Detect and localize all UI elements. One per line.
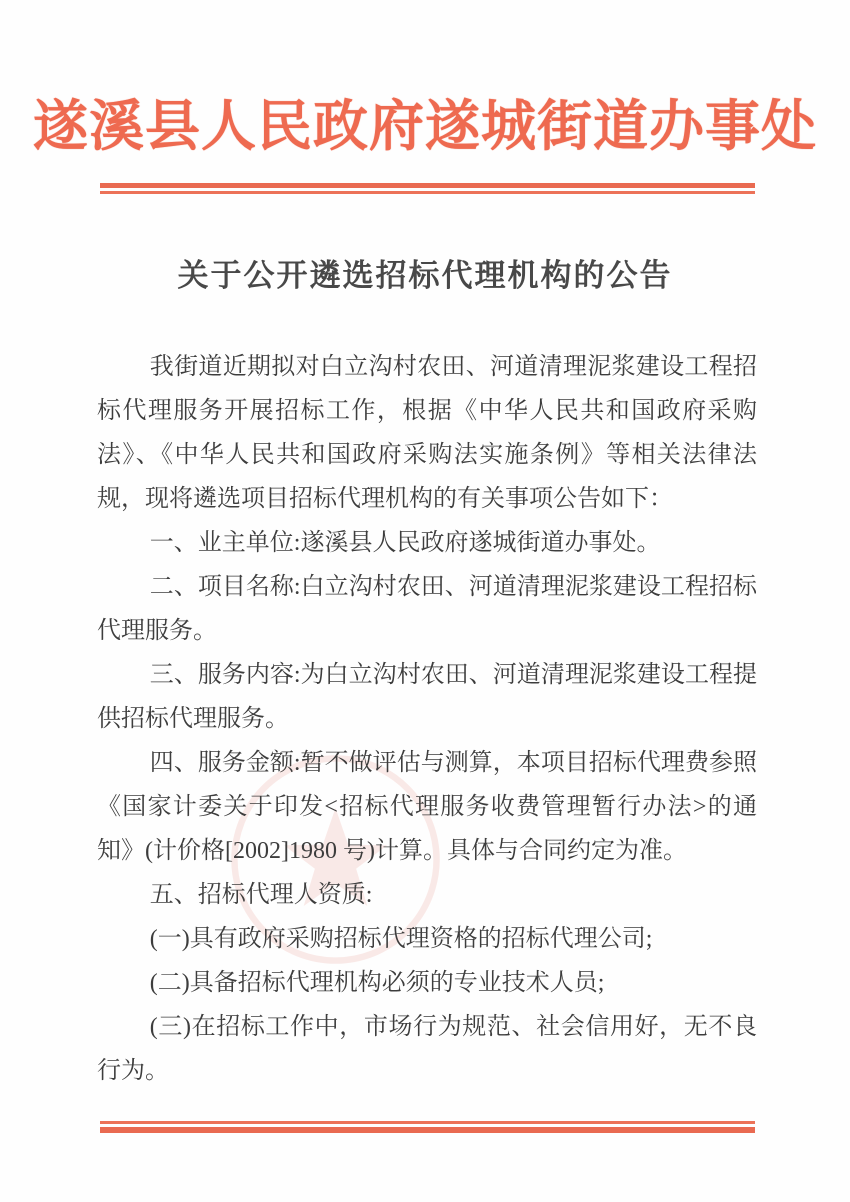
- paragraph-qualification-1: (一)具有政府采购招标代理资格的招标代理公司;: [97, 917, 757, 961]
- header-rule-thick: [100, 183, 755, 188]
- paragraph-qualification-3: (三)在招标工作中，市场行为规范、社会信用好，无不良行为。: [97, 1005, 757, 1093]
- paragraph-qualification-2: (二)具备招标代理机构必须的专业技术人员;: [97, 961, 757, 1005]
- paragraph-intro: 我街道近期拟对白立沟村农田、河道清理泥浆建设工程招标代理服务开展招标工作，根据《…: [97, 345, 757, 521]
- paragraph-service: 三、服务内容:为白立沟村农田、河道清理泥浆建设工程提供招标代理服务。: [97, 653, 757, 741]
- agency-letterhead: 遂溪县人民政府遂城街道办事处: [0, 82, 850, 172]
- header-rule-thin: [100, 191, 755, 194]
- paragraph-amount: 四、服务金额:暂不做评估与测算，本项目招标代理费参照《国家计委关于印发<招标代理…: [97, 741, 757, 873]
- footer-rule-thick: [100, 1127, 755, 1133]
- document-body: 我街道近期拟对白立沟村农田、河道清理泥浆建设工程招标代理服务开展招标工作，根据《…: [97, 345, 757, 1093]
- paragraph-qualification-heading: 五、招标代理人资质:: [97, 873, 757, 917]
- document-title: 关于公开遴选招标代理机构的公告: [0, 250, 850, 295]
- footer-rule-thin: [100, 1121, 755, 1124]
- paragraph-project: 二、项目名称:白立沟村农田、河道清理泥浆建设工程招标代理服务。: [97, 565, 757, 653]
- paragraph-owner: 一、业主单位:遂溪县人民政府遂城街道办事处。: [97, 521, 757, 565]
- document-page: 遂溪县人民政府遂城街道办事处 关于公开遴选招标代理机构的公告 我街道近期拟对白立…: [0, 0, 850, 1202]
